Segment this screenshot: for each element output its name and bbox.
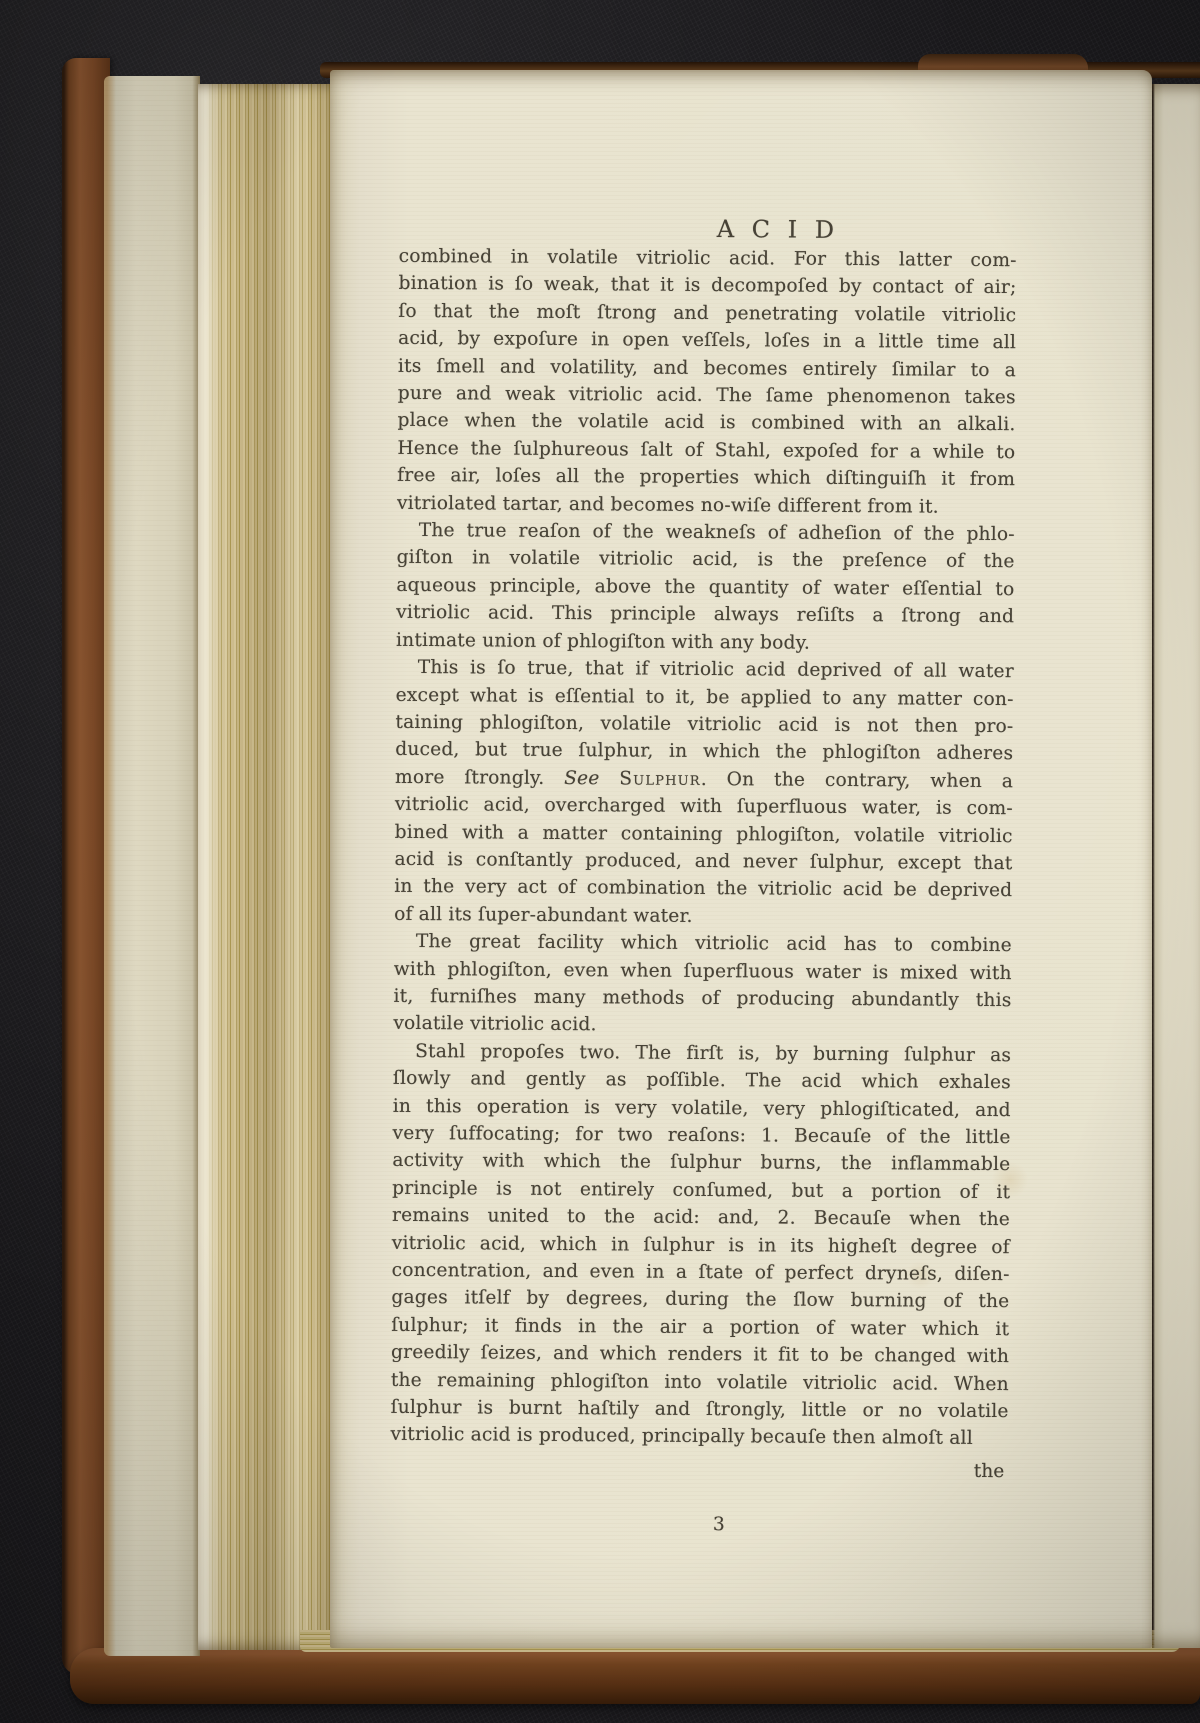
text-line: combined in volatile vitriolic acid. For…	[399, 243, 1017, 275]
text-line: volatile vitriolic acid.	[393, 1010, 1011, 1042]
text-line: pure and weak vitriolic acid. The ſame p…	[398, 380, 1016, 412]
text-line: remains united to the acid: and, 2. Beca…	[392, 1202, 1010, 1234]
text-line: vitriolated tartar, and becomes no-wiſe …	[397, 489, 1015, 521]
text-line: the remaining phlogiſton into volatile v…	[391, 1366, 1009, 1398]
photo-background: A C I D combined in volatile vitriolic a…	[0, 0, 1200, 1723]
text-line: it, furniſhes many methods of producing …	[393, 983, 1011, 1015]
page-stack-fore-edge	[198, 84, 334, 1650]
text-line: greedily ſeizes, and which renders it fi…	[391, 1339, 1009, 1371]
text-segment	[599, 768, 619, 789]
text-segment: . On the contrary, when a	[701, 769, 1013, 792]
text-line: intimate union of phlogiſton with any bo…	[396, 627, 1014, 659]
text-line: vitriolic acid, which in ſulphur is in i…	[392, 1229, 1010, 1261]
page-number: 3	[390, 1509, 1008, 1541]
cross-reference: Sulphur	[619, 768, 701, 790]
page-paragraphs: combined in volatile vitriolic acid. For…	[390, 243, 1016, 1453]
text-segment: more ſtrongly.	[395, 767, 564, 789]
text-line: This is ſo true, that if vitriolic acid …	[396, 654, 1014, 686]
page-header-title: A C I D	[399, 214, 1017, 244]
text-line: vitriolic acid, overcharged with ſuperfl…	[395, 791, 1013, 823]
text-line: in this operation is very volatile, very…	[393, 1092, 1011, 1124]
book-cover-bottom-edge	[70, 1648, 1200, 1704]
text-line: of all its ſuper-abundant water.	[394, 901, 1012, 933]
text-line: ſo that the moſt ſtrong and penetrating …	[398, 298, 1016, 330]
text-line: principle is not entirely conſumed, but …	[392, 1175, 1010, 1207]
text-line: taining phlogiſton, volatile vitriolic a…	[395, 709, 1013, 741]
text-line: Hence the ſulphureous ſalt of Stahl, exp…	[397, 435, 1015, 467]
text-line: more ſtrongly. See Sulphur. On the contr…	[395, 764, 1013, 796]
text-line: free air, loſes all the properties which…	[397, 462, 1015, 494]
facing-page-edge	[104, 76, 200, 1656]
text-line: bined with a matter containing phlogiſto…	[395, 818, 1013, 850]
catchword: the	[390, 1454, 1008, 1486]
text-line: activity with which the ſulphur burns, t…	[392, 1147, 1010, 1179]
text-line: ſulphur is burnt haſtily and ſtrongly, l…	[391, 1394, 1009, 1426]
text-line: duced, but true ſulphur, in which the ph…	[395, 736, 1013, 768]
page-text-block: A C I D combined in volatile vitriolic a…	[390, 214, 1017, 1541]
cross-reference: See	[564, 768, 600, 789]
text-line: vitriolic acid. This principle always re…	[396, 599, 1014, 631]
text-line: acid is conſtantly produced, and never ſ…	[394, 846, 1012, 878]
text-line: with phlogiſton, even when ſuperfluous w…	[394, 955, 1012, 987]
text-line: aqueous principle, above the quantity of…	[396, 572, 1014, 604]
text-line: vitriolic acid is produced, principally …	[390, 1421, 1008, 1453]
book-cover-spine	[62, 58, 110, 1674]
text-line: concentration, and even in a ſtate of pe…	[392, 1257, 1010, 1289]
text-line: ſulphur; it finds in the air a portion o…	[391, 1312, 1009, 1344]
text-line: The true reaſon of the weakneſs of adheſ…	[397, 517, 1015, 549]
text-line: its ſmell and volatility, and becomes en…	[398, 352, 1016, 384]
text-line: in the very act of combination the vitri…	[394, 873, 1012, 905]
text-line: acid, by expoſure in open veſſels, loſes…	[398, 325, 1016, 357]
text-line: gages itſelf by degrees, during the ſlow…	[391, 1284, 1009, 1316]
text-line: giſton in volatile vitriolic acid, is th…	[397, 544, 1015, 576]
adjacent-page-fold	[1152, 84, 1200, 1648]
text-line: very ſuffocating; for two reaſons: 1. Be…	[392, 1120, 1010, 1152]
text-line: except what is eſſential to it, be appli…	[396, 681, 1014, 713]
text-line: place when the volatile acid is combined…	[397, 407, 1015, 439]
text-line: ſlowly and gently as poſſible. The acid …	[393, 1065, 1011, 1097]
text-line: The great facility which vitriolic acid …	[394, 928, 1012, 960]
text-line: bination is ſo weak, that it is decompoſ…	[398, 270, 1016, 302]
text-line: Stahl propoſes two. The firſt is, by bur…	[393, 1038, 1011, 1070]
